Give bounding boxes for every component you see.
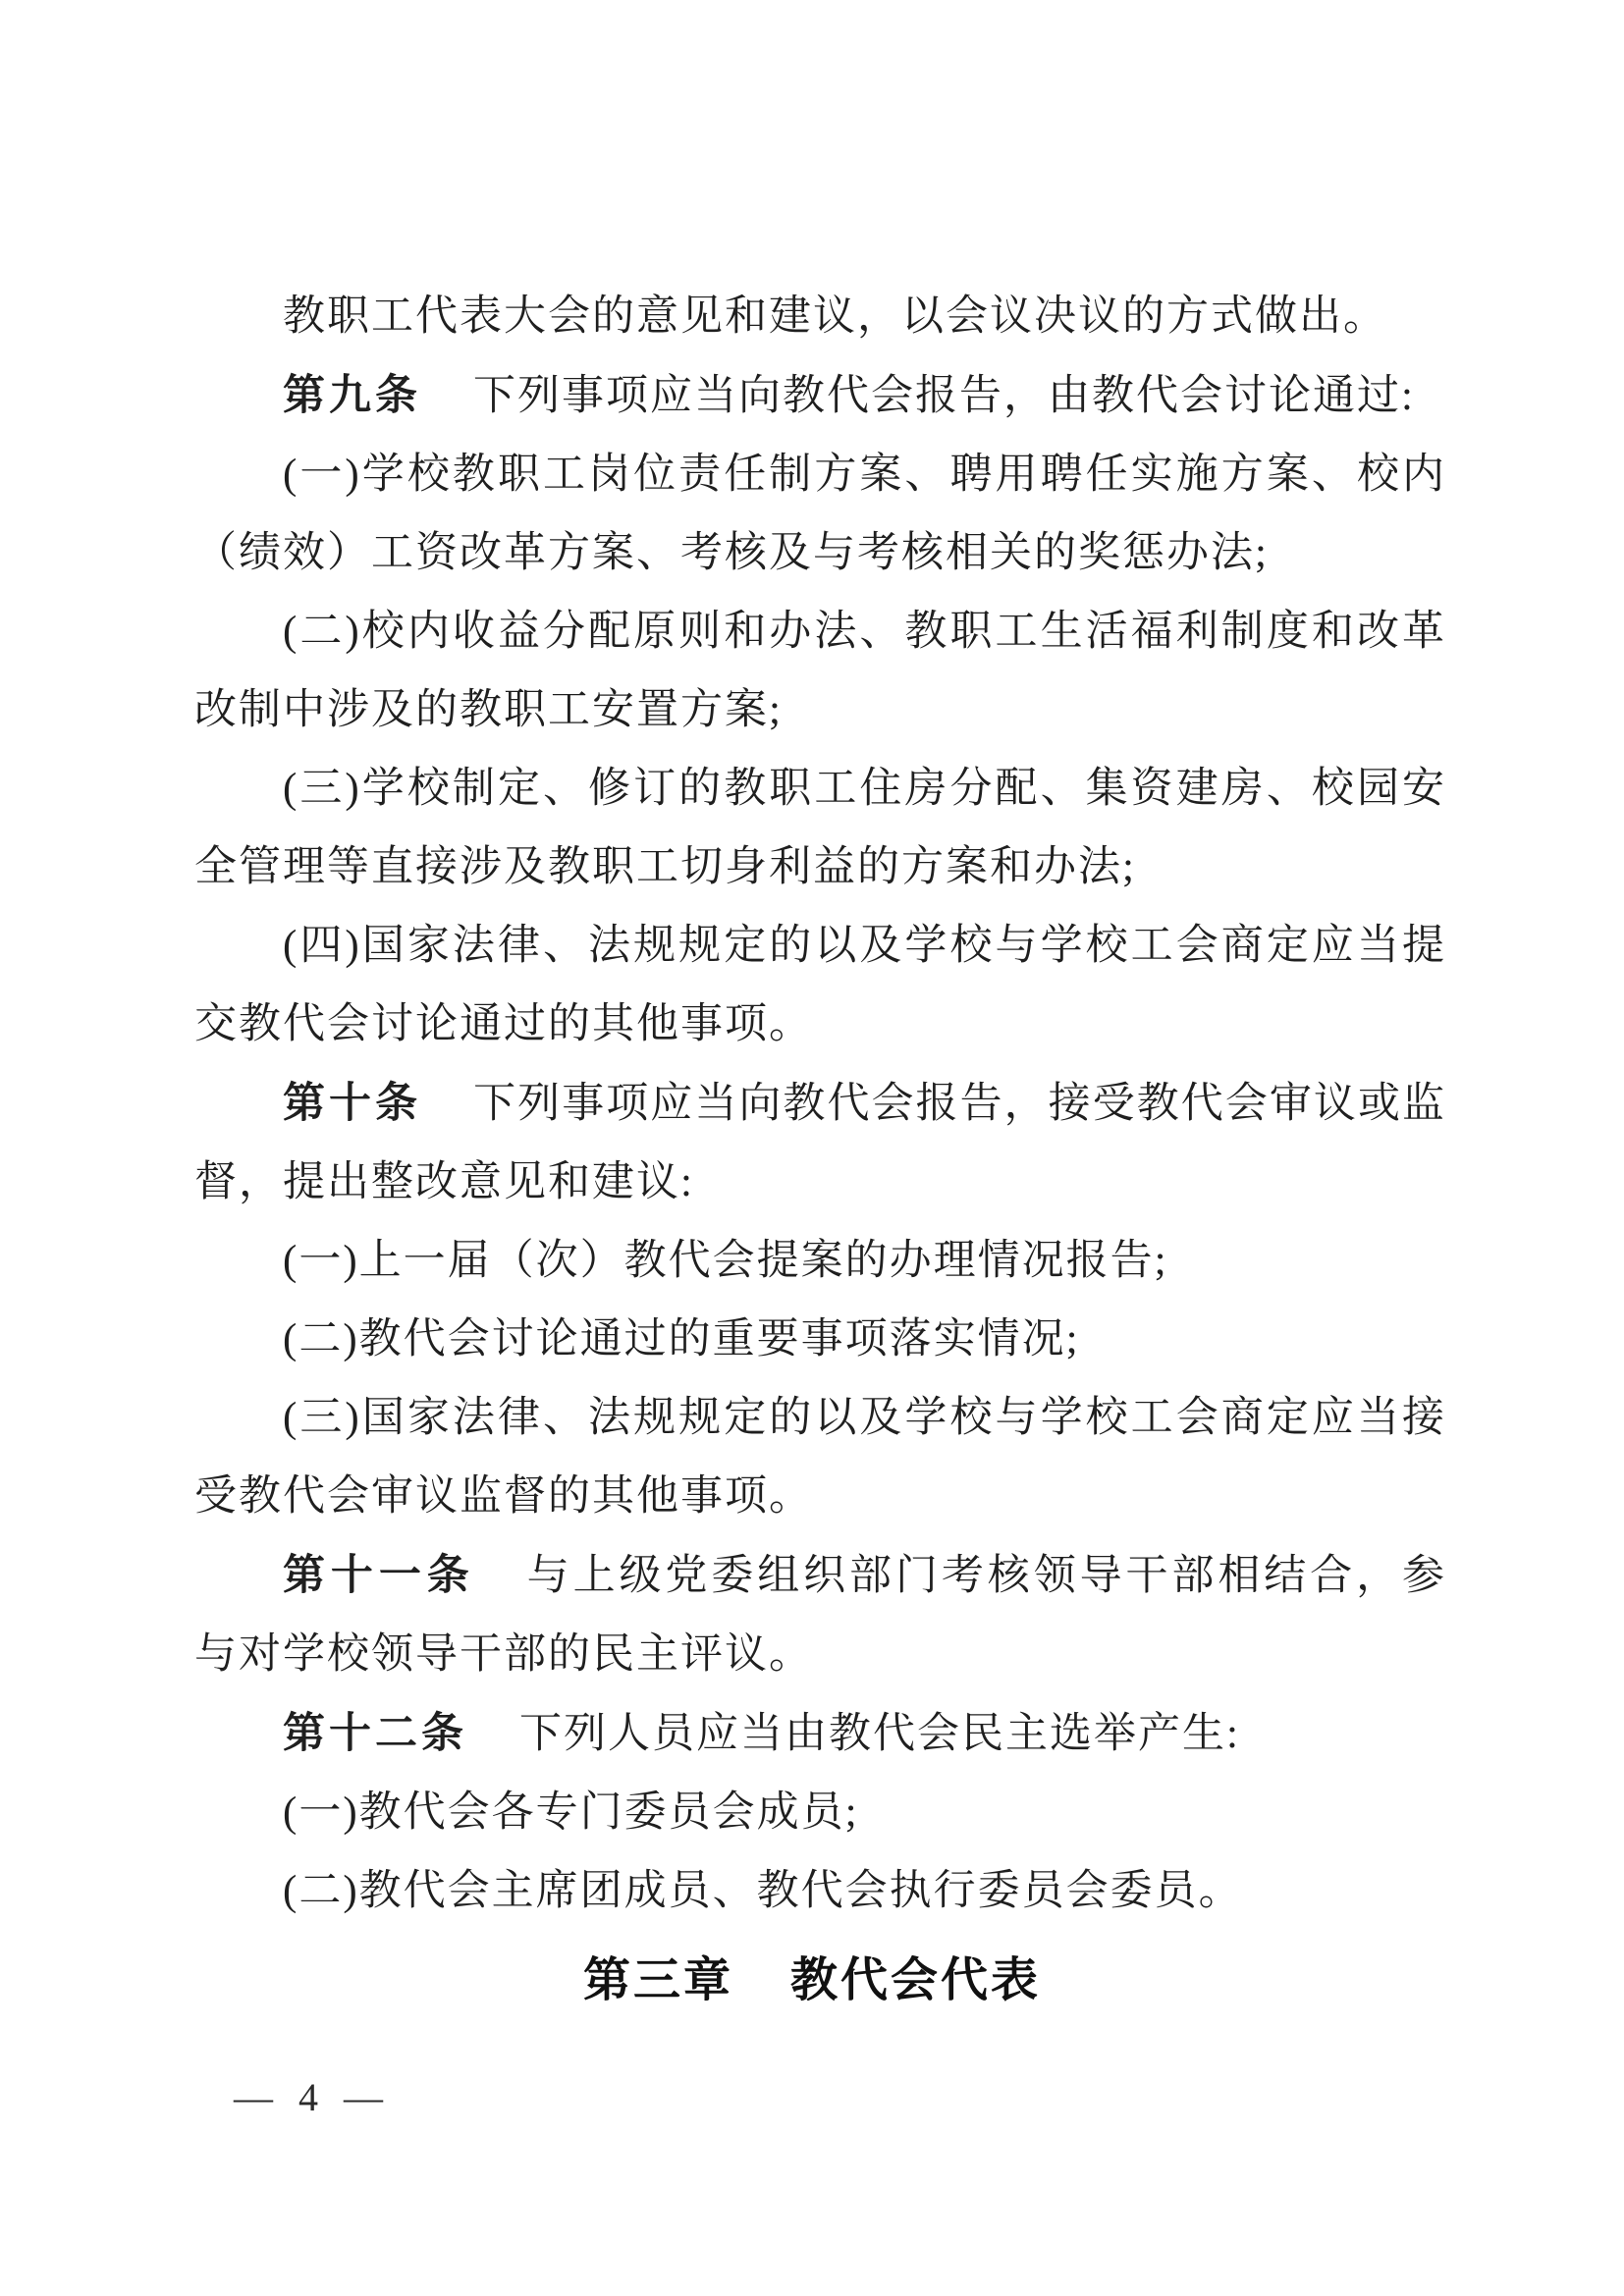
article-number: 第十条 (283, 1080, 421, 1127)
paragraph: 第九条下列事项应当向教代会报告，由教代会讨论通过: (194, 356, 1446, 436)
paragraph: (四)国家法律、法规规定的以及学校与学校工会商定应当提交教代会讨论通过的其他事项… (194, 907, 1446, 1064)
paragraph: (一)上一届（次）教代会提案的办理情况报告; (194, 1222, 1446, 1301)
paragraph: (二)校内收益分配原则和办法、教职工生活福利制度和改革改制中涉及的教职工安置方案… (194, 593, 1446, 750)
paragraph: 第十条下列事项应当向教代会报告，接受教代会审议或监督，提出整改意见和建议: (194, 1064, 1446, 1222)
paragraph: (三)国家法律、法规规定的以及学校与学校工会商定应当接受教代会审议监督的其他事项… (194, 1379, 1446, 1536)
paragraph-text: (一)学校教职工岗位责任制方案、聘用聘任实施方案、校内（绩效）工资改革方案、考核… (194, 452, 1446, 576)
paragraph-text: (三)国家法律、法规规定的以及学校与学校工会商定应当接受教代会审议监督的其他事项… (194, 1395, 1446, 1520)
paragraph-text: 教职工代表大会的意见和建议，以会议决议的方式做出。 (283, 294, 1387, 340)
paragraph-text: (二)教代会讨论通过的重要事项落实情况; (283, 1316, 1080, 1362)
paragraph-text: 下列人员应当由教代会民主选举产生: (519, 1711, 1240, 1757)
page-number: — 4 — (234, 2073, 391, 2122)
paragraph-text: (二)教代会主席团成员、教代会执行委员会委员。 (283, 1868, 1243, 1914)
paragraph: (二)教代会讨论通过的重要事项落实情况; (194, 1301, 1446, 1379)
chapter-heading: 第三章教代会代表 (0, 1951, 1624, 2010)
paragraph-text: (一)上一届（次）教代会提案的办理情况报告; (283, 1238, 1168, 1284)
paragraph-text: (四)国家法律、法规规定的以及学校与学校工会商定应当提交教代会讨论通过的其他事项… (194, 923, 1446, 1047)
article-number: 第十一条 (283, 1552, 475, 1599)
chapter-number: 第三章 (583, 1954, 733, 2006)
paragraph-text: (三)学校制定、修订的教职工住房分配、集资建房、校园安全管理等直接涉及教职工切身… (194, 766, 1446, 890)
paragraph: 第十二条下列人员应当由教代会民主选举产生: (194, 1694, 1446, 1774)
paragraph-text: (一)教代会各专门委员会成员; (283, 1789, 859, 1836)
paragraph: (二)教代会主席团成员、教代会执行委员会委员。 (194, 1852, 1446, 1931)
paragraph: (一)教代会各专门委员会成员; (194, 1774, 1446, 1852)
paragraph: 第十一条与上级党委组织部门考核领导干部相结合，参与对学校领导干部的民主评议。 (194, 1536, 1446, 1694)
chapter-title: 教代会代表 (790, 1954, 1041, 2006)
paragraph: 教职工代表大会的意见和建议，以会议决议的方式做出。 (194, 278, 1446, 356)
paragraph: (三)学校制定、修订的教职工住房分配、集资建房、校园安全管理等直接涉及教职工切身… (194, 750, 1446, 907)
paragraph: (一)学校教职工岗位责任制方案、聘用聘任实施方案、校内（绩效）工资改革方案、考核… (194, 436, 1446, 593)
article-number: 第十二条 (283, 1710, 467, 1757)
paragraph-text: 下列事项应当向教代会报告，由教代会讨论通过: (473, 373, 1415, 419)
body-text: 教职工代表大会的意见和建议，以会议决议的方式做出。 第九条下列事项应当向教代会报… (194, 278, 1446, 1931)
document-page: 教职工代表大会的意见和建议，以会议决议的方式做出。 第九条下列事项应当向教代会报… (0, 0, 1624, 2296)
paragraph-text: (二)校内收益分配原则和办法、教职工生活福利制度和改革改制中涉及的教职工安置方案… (194, 609, 1446, 733)
article-number: 第九条 (283, 372, 421, 419)
